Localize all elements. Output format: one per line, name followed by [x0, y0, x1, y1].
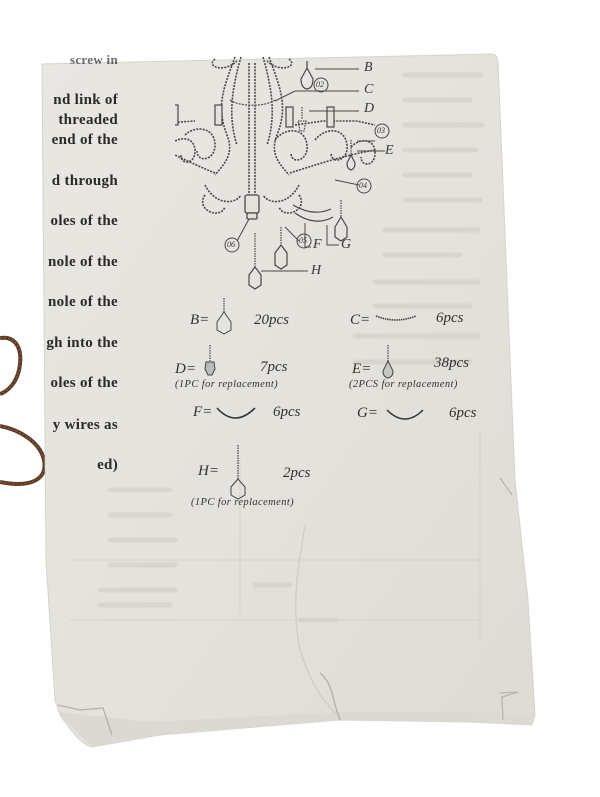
- bead-chain-swag-icon: [374, 312, 418, 326]
- part-number-03: 03: [377, 126, 385, 135]
- part-note: (1PC for replacement): [175, 379, 278, 390]
- part-h: H= 2pcs (1PC for replacement): [193, 445, 343, 515]
- instruction-line: nole of the: [48, 294, 118, 311]
- instruction-line: d through: [52, 173, 118, 190]
- part-g: G= 6pcs: [357, 400, 507, 430]
- callout-c: C: [364, 82, 373, 98]
- part-letter: E=: [352, 361, 371, 378]
- instruction-line: screw in: [70, 52, 118, 68]
- part-letter: B=: [190, 312, 209, 329]
- part-letter: C=: [350, 312, 370, 329]
- crystal-cluster-pendant-icon: [202, 345, 218, 381]
- part-quantity: 2pcs: [283, 465, 311, 482]
- arc-swag-icon: [215, 406, 257, 422]
- arc-swag-icon: [385, 408, 425, 424]
- instruction-line: end of the: [52, 132, 118, 149]
- instruction-sheet: screw in nd link of threaded end of the …: [0, 0, 600, 797]
- part-number-02: 02: [316, 80, 324, 89]
- instruction-line: y wires as: [53, 417, 118, 434]
- part-quantity: 6pcs: [436, 310, 464, 327]
- part-letter: F=: [193, 404, 212, 421]
- instruction-text-column: screw in nd link of threaded end of the …: [42, 52, 120, 492]
- instruction-line: oles of the: [51, 213, 118, 230]
- instruction-line: gh into the: [46, 335, 118, 352]
- callout-d: D: [364, 101, 374, 117]
- instruction-line: threaded: [58, 112, 118, 129]
- part-quantity: 7pcs: [260, 359, 288, 376]
- part-quantity: 6pcs: [273, 404, 301, 421]
- part-number-04: 04: [359, 181, 367, 190]
- part-e: E= 38pcs (2PCS for replacement): [347, 345, 517, 395]
- chandelier-diagram: B C D E F G H 02 03 04 05 06: [175, 55, 415, 295]
- callout-b: B: [364, 60, 373, 76]
- callout-g: G: [341, 237, 351, 253]
- part-letter: D=: [175, 361, 196, 378]
- teardrop-crystal-icon: [380, 345, 396, 381]
- callout-h: H: [311, 263, 321, 279]
- part-letter: H=: [198, 463, 219, 480]
- instruction-line: nd link of: [53, 92, 118, 109]
- callout-f: F: [313, 237, 322, 253]
- callout-e: E: [385, 143, 394, 159]
- part-quantity: 20pcs: [254, 312, 289, 329]
- part-number-05: 05: [299, 236, 307, 245]
- part-note: (1PC for replacement): [191, 497, 294, 508]
- part-d: D= 7pcs (1PC for replacement): [175, 345, 345, 395]
- part-note: (2PCS for replacement): [349, 379, 458, 390]
- part-quantity: 38pcs: [434, 355, 469, 372]
- chandelier-drawing: [175, 55, 415, 295]
- part-letter: G=: [357, 405, 378, 422]
- instruction-line: nole of the: [48, 254, 118, 271]
- part-number-06: 06: [227, 240, 235, 249]
- crystal-pendant-icon: [215, 298, 233, 338]
- crystal-pendant-icon: [228, 445, 248, 501]
- part-c: C= 6pcs: [350, 300, 500, 340]
- part-b: B= 20pcs: [190, 300, 340, 340]
- instruction-line: ed): [97, 457, 118, 474]
- part-f: F= 6pcs: [193, 400, 343, 430]
- part-quantity: 6pcs: [449, 405, 477, 422]
- instruction-line: oles of the: [51, 375, 118, 392]
